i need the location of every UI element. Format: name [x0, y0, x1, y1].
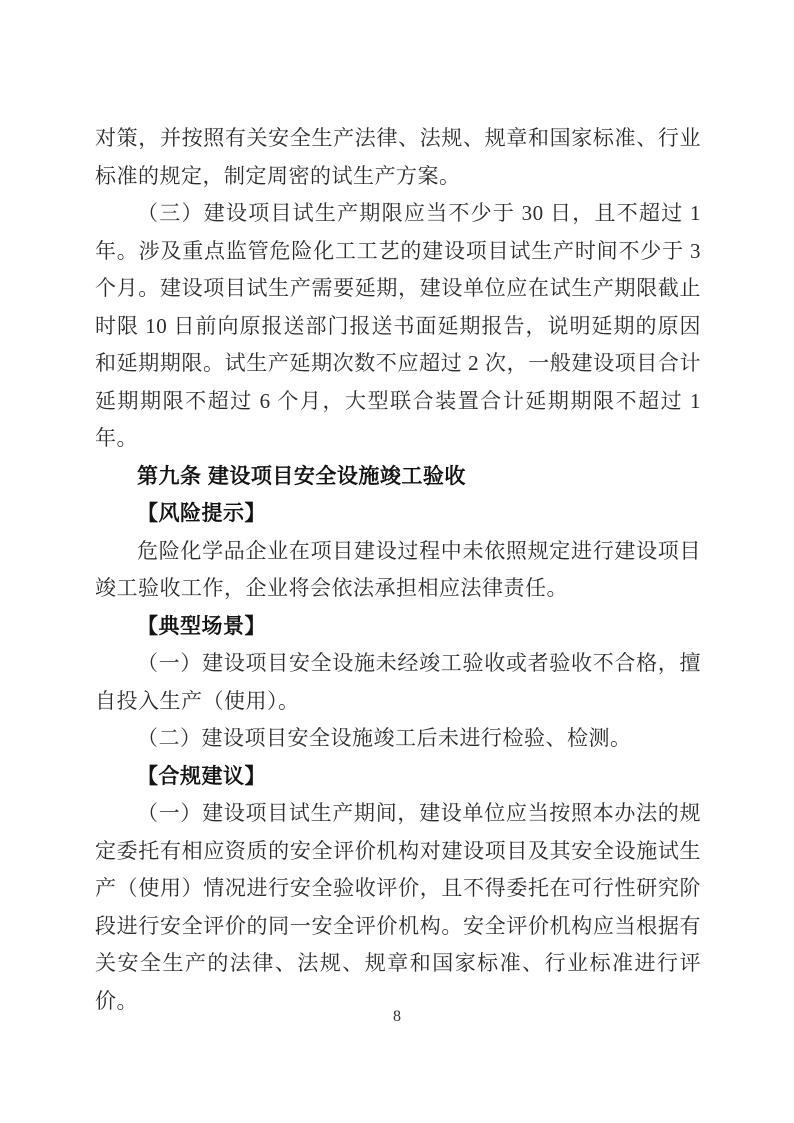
paragraph: 危险化学品企业在项目建设过程中未依照规定进行建设项目竣工验收工作，企业将会依法承…	[95, 533, 701, 608]
section-heading: 【典型场景】	[95, 608, 701, 646]
page-footer: 8	[0, 1008, 794, 1026]
paragraph: （一）建设项目安全设施未经竣工验收或者验收不合格，擅自投入生产（使用）。	[95, 645, 701, 720]
paragraph: （一）建设项目试生产期间，建设单位应当按照本办法的规定委托有相应资质的安全评价机…	[95, 795, 701, 1020]
document-body: 对策，并按照有关安全生产法律、法规、规章和国家标准、行业标准的规定，制定周密的试…	[95, 120, 701, 1020]
section-heading: 【风险提示】	[95, 495, 701, 533]
paragraph: （二）建设项目安全设施竣工后未进行检验、检测。	[95, 720, 701, 758]
document-page: 对策，并按照有关安全生产法律、法规、规章和国家标准、行业标准的规定，制定周密的试…	[0, 0, 794, 1123]
page-number: 8	[393, 1008, 401, 1025]
paragraph: 对策，并按照有关安全生产法律、法规、规章和国家标准、行业标准的规定，制定周密的试…	[95, 120, 701, 195]
paragraph: （三）建设项目试生产期限应当不少于 30 日，且不超过 1 年。涉及重点监管危险…	[95, 195, 701, 458]
article-heading: 第九条 建设项目安全设施竣工验收	[95, 458, 701, 496]
section-heading: 【合规建议】	[95, 758, 701, 796]
